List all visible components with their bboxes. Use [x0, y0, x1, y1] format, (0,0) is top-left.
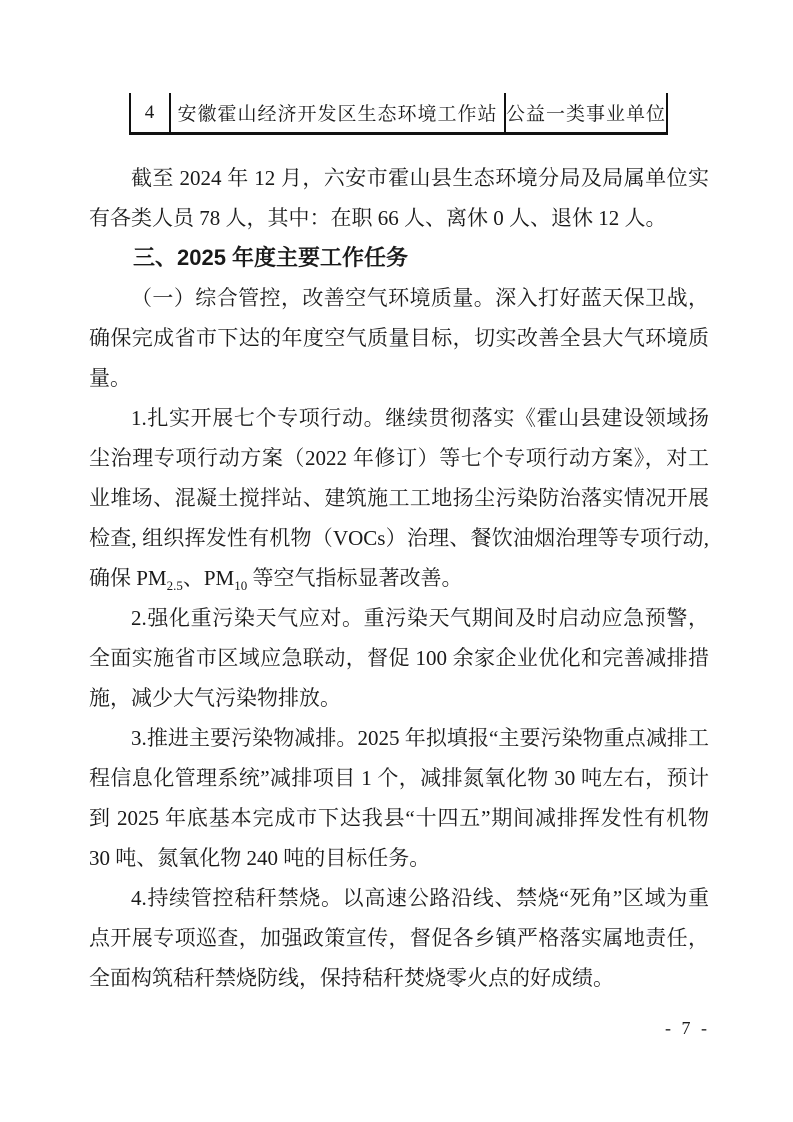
text-run: 3.推进主要污染物减排。2025 年拟填报“主要污染物重点减排工程信息化管理系统… [89, 726, 709, 870]
para-special-actions: 1.扎实开展七个专项行动。继续贯彻落实《霍山县建设领域扬尘治理专项行动方案（20… [89, 398, 709, 598]
text-run: （一）综合管控，改善空气环境质量。深入打好蓝天保卫战，确保完成省市下达的年度空气… [89, 286, 709, 390]
text-run: 、PM [183, 566, 234, 590]
unit-table: 4安徽霍山经济开发区生态环境工作站公益一类事业单位 [129, 93, 668, 135]
document-page: 4安徽霍山经济开发区生态环境工作站公益一类事业单位 截至 2024 年 12 月… [0, 0, 793, 1122]
text-run: 4.持续管控秸秆禁烧。以高速公路沿线、禁烧“死角”区域为重点开展专项巡查，加强政… [89, 886, 709, 990]
subscript-text: 2.5 [167, 578, 183, 593]
text-run: 三、2025 年度主要工作任务 [133, 245, 408, 270]
para-staffing: 截至 2024 年 12 月，六安市霍山县生态环境分局及局属单位实有各类人员 7… [89, 158, 709, 238]
text-run: 2.强化重污染天气应对。重污染天气期间及时启动应急预警，全面实施省市区域应急联动… [89, 606, 709, 710]
text-run: 1.扎实开展七个专项行动。继续贯彻落实《霍山县建设领域扬尘治理专项行动方案（20… [89, 406, 709, 590]
text-run: 等空气指标显著改善。 [247, 566, 462, 590]
subscript-text: 10 [234, 578, 247, 593]
table-cell: 安徽霍山经济开发区生态环境工作站 [171, 93, 506, 132]
document-body: 截至 2024 年 12 月，六安市霍山县生态环境分局及局属单位实有各类人员 7… [89, 158, 709, 998]
heading-2025-tasks: 三、2025 年度主要工作任务 [89, 238, 709, 278]
table-cell: 4 [131, 93, 171, 132]
para-air-quality: （一）综合管控，改善空气环境质量。深入打好蓝天保卫战，确保完成省市下达的年度空气… [89, 278, 709, 398]
page-number: - 7 - [665, 1018, 710, 1039]
para-straw-burning: 4.持续管控秸秆禁烧。以高速公路沿线、禁烧“死角”区域为重点开展专项巡查，加强政… [89, 878, 709, 998]
table-cell: 公益一类事业单位 [506, 93, 668, 132]
para-heavy-pollution: 2.强化重污染天气应对。重污染天气期间及时启动应急预警，全面实施省市区域应急联动… [89, 598, 709, 718]
table-row: 4安徽霍山经济开发区生态环境工作站公益一类事业单位 [129, 93, 668, 135]
para-emission-reduction: 3.推进主要污染物减排。2025 年拟填报“主要污染物重点减排工程信息化管理系统… [89, 718, 709, 878]
text-run: 截至 2024 年 12 月，六安市霍山县生态环境分局及局属单位实有各类人员 7… [89, 166, 709, 230]
